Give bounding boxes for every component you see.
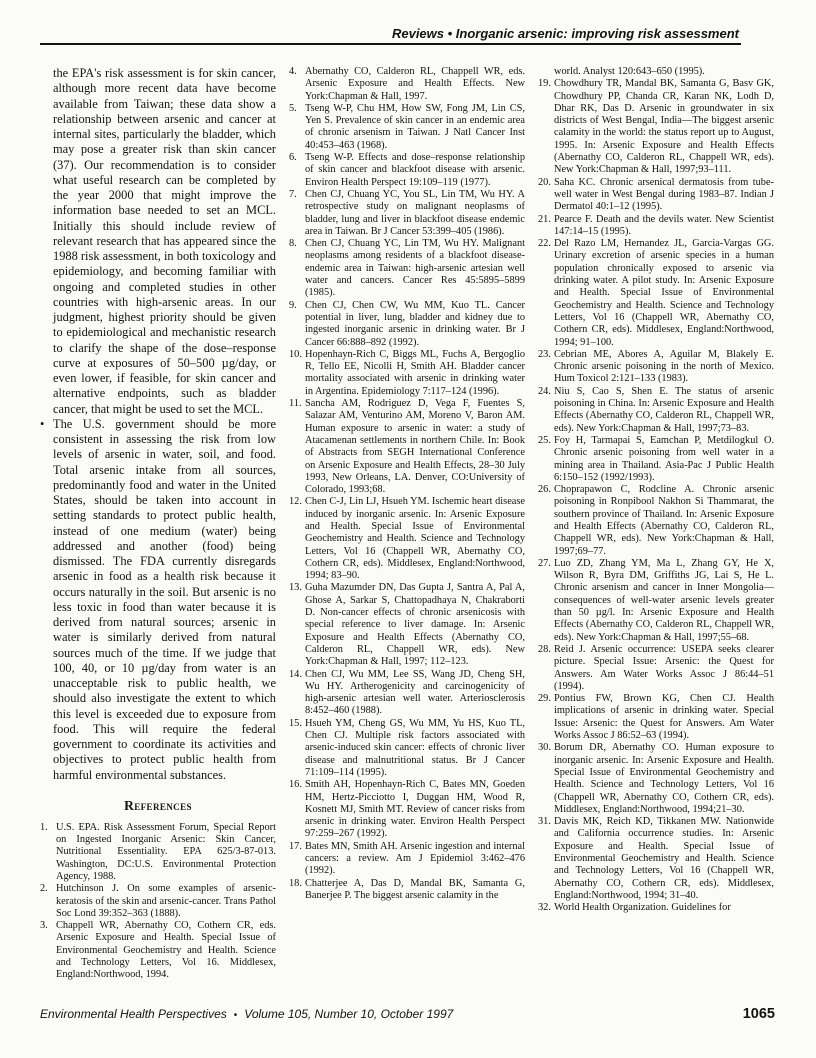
reference-list-col2: 4. Abernathy CO, Calderon RL, Chappell W… bbox=[289, 66, 525, 902]
reference-text: Pontius FW, Brown KG, Chen CJ. Health im… bbox=[554, 693, 774, 742]
reference-text: Hopenhayn-Rich C, Biggs ML, Fuchs A, Ber… bbox=[305, 349, 525, 398]
reference-item: 6. Tseng W-P. Effects and dose–response … bbox=[289, 152, 525, 189]
reference-number: 6. bbox=[289, 152, 305, 189]
reference-text: Chatterjee A, Das D, Mandal BK, Samanta … bbox=[305, 878, 525, 903]
column-right: world. Analyst 120:643–650 (1995). 19. C… bbox=[538, 66, 774, 982]
reference-text: Chen CJ, Chuang YC, You SL, Lin TM, Wu H… bbox=[305, 189, 525, 238]
bullet-item: • The U.S. government should be more con… bbox=[40, 417, 276, 783]
reference-number: 32. bbox=[538, 902, 554, 914]
reference-number: 12. bbox=[289, 496, 305, 582]
reference-item: 22. Del Razo LM, Hernandez JL, Garcia-Va… bbox=[538, 238, 774, 349]
reference-item: 20. Saha KC. Chronic arsenical dermatosi… bbox=[538, 177, 774, 214]
reference-number: 7. bbox=[289, 189, 305, 238]
reference-number: 13. bbox=[289, 582, 305, 668]
reference-item: 19. Chowdhury TR, Mandal BK, Samanta G, … bbox=[538, 78, 774, 176]
reference-item: 8. Chen CJ, Chuang YC, Lin TM, Wu HY. Ma… bbox=[289, 238, 525, 299]
reference-text: Hutchinson J. On some examples of arseni… bbox=[56, 883, 276, 920]
reference-item: 27. Luo ZD, Zhang YM, Ma L, Zhang GY, He… bbox=[538, 558, 774, 644]
reference-list-col1: 1. U.S. EPA. Risk Assessment Forum, Spec… bbox=[40, 822, 276, 982]
reference-continuation: world. Analyst 120:643–650 (1995). bbox=[538, 66, 774, 78]
reference-text: Luo ZD, Zhang YM, Ma L, Zhang GY, He X, … bbox=[554, 558, 774, 644]
reference-number: 29. bbox=[538, 693, 554, 742]
reference-number: 19. bbox=[538, 78, 554, 176]
reference-number: 23. bbox=[538, 349, 554, 386]
paragraph-text: The U.S. government should be more consi… bbox=[53, 417, 276, 783]
reference-number: 28. bbox=[538, 644, 554, 693]
reference-item: 9. Chen CJ, Chen CW, Wu MM, Kuo TL. Canc… bbox=[289, 300, 525, 349]
reference-text: Bates MN, Smith AH. Arsenic ingestion an… bbox=[305, 841, 525, 878]
reference-item: 18. Chatterjee A, Das D, Mandal BK, Sama… bbox=[289, 878, 525, 903]
reference-number: 31. bbox=[538, 816, 554, 902]
column-left: the EPA's risk assessment is for skin ca… bbox=[40, 66, 276, 982]
reference-text: Chen C-J, Lin LJ, Hsueh YM. Ischemic hea… bbox=[305, 496, 525, 582]
reference-item: 12. Chen C-J, Lin LJ, Hsueh YM. Ischemic… bbox=[289, 496, 525, 582]
reference-item: 2. Hutchinson J. On some examples of ars… bbox=[40, 883, 276, 920]
reference-text: Chen CJ, Chuang YC, Lin TM, Wu HY. Malig… bbox=[305, 238, 525, 299]
reference-item: 14. Chen CJ, Wu MM, Lee SS, Wang JD, Che… bbox=[289, 669, 525, 718]
reference-number: 5. bbox=[289, 103, 305, 152]
reference-item: 3. Chappell WR, Abernathy CO, Cothern CR… bbox=[40, 920, 276, 981]
reference-number: 14. bbox=[289, 669, 305, 718]
reference-item: 23. Cebrian ME, Abores A, Aguilar M, Bla… bbox=[538, 349, 774, 386]
reference-item: 15. Hsueh YM, Cheng GS, Wu MM, Yu HS, Ku… bbox=[289, 718, 525, 779]
body-paragraph-continuation: the EPA's risk assessment is for skin ca… bbox=[40, 66, 276, 417]
reference-number: 11. bbox=[289, 398, 305, 496]
reference-number: 22. bbox=[538, 238, 554, 349]
reference-text: Davis MK, Reich KD, Tikkanen MW. Nationw… bbox=[554, 816, 774, 902]
reference-item: 16. Smith AH, Hopenhayn-Rich C, Bates MN… bbox=[289, 779, 525, 840]
reference-item: 24. Niu S, Cao S, Shen E. The status of … bbox=[538, 386, 774, 435]
reference-item: 32. World Health Organization. Guideline… bbox=[538, 902, 774, 914]
reference-text: Chen CJ, Chen CW, Wu MM, Kuo TL. Cancer … bbox=[305, 300, 525, 349]
reference-number: 16. bbox=[289, 779, 305, 840]
reference-text: Reid J. Arsenic occurrence: USEPA seeks … bbox=[554, 644, 774, 693]
reference-item: 4. Abernathy CO, Calderon RL, Chappell W… bbox=[289, 66, 525, 103]
reference-text: Chappell WR, Abernathy CO, Cothern CR, e… bbox=[56, 920, 276, 981]
reference-text: Pearce F. Death and the devils water. Ne… bbox=[554, 214, 774, 239]
reference-number: 15. bbox=[289, 718, 305, 779]
reference-text: Niu S, Cao S, Shen E. The status of arse… bbox=[554, 386, 774, 435]
journal-page: Reviews • Inorganic arsenic: improving r… bbox=[0, 0, 816, 1058]
reference-item: 11. Sancha AM, Rodriguez D, Vega F, Fuen… bbox=[289, 398, 525, 496]
issue-info: Volume 105, Number 10, October 1997 bbox=[244, 1007, 453, 1021]
running-head: Reviews • Inorganic arsenic: improving r… bbox=[40, 26, 741, 45]
page-footer: Environmental Health Perspectives • Volu… bbox=[40, 1006, 775, 1022]
reference-item: 10. Hopenhayn-Rich C, Biggs ML, Fuchs A,… bbox=[289, 349, 525, 398]
reference-item: 25. Foy H, Tarmapai S, Eamchan P, Metdil… bbox=[538, 435, 774, 484]
references-heading: References bbox=[40, 798, 276, 814]
page-number: 1065 bbox=[743, 1006, 775, 1022]
reference-text: Guha Mazumder DN, Das Gupta J, Santra A,… bbox=[305, 582, 525, 668]
reference-number: 25. bbox=[538, 435, 554, 484]
footer-separator-icon: • bbox=[234, 1010, 238, 1021]
running-head-text: Reviews • Inorganic arsenic: improving r… bbox=[392, 26, 739, 41]
reference-text: Tseng W-P. Effects and dose–response rel… bbox=[305, 152, 525, 189]
reference-item: 21. Pearce F. Death and the devils water… bbox=[538, 214, 774, 239]
reference-number: 1. bbox=[40, 822, 56, 883]
reference-number: 8. bbox=[289, 238, 305, 299]
reference-item: 26. Choprapawon C, Rodcline A. Chronic a… bbox=[538, 484, 774, 558]
reference-text: Del Razo LM, Hernandez JL, Garcia-Vargas… bbox=[554, 238, 774, 349]
reference-number: 21. bbox=[538, 214, 554, 239]
reference-text: Hsueh YM, Cheng GS, Wu MM, Yu HS, Kuo TL… bbox=[305, 718, 525, 779]
reference-number: 20. bbox=[538, 177, 554, 214]
reference-item: 1. U.S. EPA. Risk Assessment Forum, Spec… bbox=[40, 822, 276, 883]
reference-text: Choprapawon C, Rodcline A. Chronic arsen… bbox=[554, 484, 774, 558]
reference-number: 26. bbox=[538, 484, 554, 558]
reference-list-col3: 19. Chowdhury TR, Mandal BK, Samanta G, … bbox=[538, 78, 774, 914]
reference-text: Smith AH, Hopenhayn-Rich C, Bates MN, Go… bbox=[305, 779, 525, 840]
reference-item: 31. Davis MK, Reich KD, Tikkanen MW. Nat… bbox=[538, 816, 774, 902]
reference-number: 2. bbox=[40, 883, 56, 920]
reference-text: Cebrian ME, Abores A, Aguilar M, Blakely… bbox=[554, 349, 774, 386]
reference-text: World Health Organization. Guidelines fo… bbox=[554, 902, 774, 914]
reference-number: 3. bbox=[40, 920, 56, 981]
reference-item: 28. Reid J. Arsenic occurrence: USEPA se… bbox=[538, 644, 774, 693]
reference-text: Chowdhury TR, Mandal BK, Samanta G, Basv… bbox=[554, 78, 774, 176]
reference-item: 13. Guha Mazumder DN, Das Gupta J, Santr… bbox=[289, 582, 525, 668]
reference-item: 30. Borum DR, Abernathy CO. Human exposu… bbox=[538, 742, 774, 816]
column-middle: 4. Abernathy CO, Calderon RL, Chappell W… bbox=[289, 66, 525, 982]
reference-item: 17. Bates MN, Smith AH. Arsenic ingestio… bbox=[289, 841, 525, 878]
reference-text: U.S. EPA. Risk Assessment Forum, Special… bbox=[56, 822, 276, 883]
journal-name: Environmental Health Perspectives bbox=[40, 1007, 227, 1021]
reference-number: 30. bbox=[538, 742, 554, 816]
reference-text: Foy H, Tarmapai S, Eamchan P, Metdilogku… bbox=[554, 435, 774, 484]
reference-text: Abernathy CO, Calderon RL, Chappell WR, … bbox=[305, 66, 525, 103]
reference-item: 5. Tseng W-P, Chu HM, How SW, Fong JM, L… bbox=[289, 103, 525, 152]
reference-number: 18. bbox=[289, 878, 305, 903]
reference-item: 7. Chen CJ, Chuang YC, You SL, Lin TM, W… bbox=[289, 189, 525, 238]
content-columns: the EPA's risk assessment is for skin ca… bbox=[40, 66, 775, 982]
reference-text: Borum DR, Abernathy CO. Human exposure t… bbox=[554, 742, 774, 816]
reference-number: 4. bbox=[289, 66, 305, 103]
reference-text: Tseng W-P, Chu HM, How SW, Fong JM, Lin … bbox=[305, 103, 525, 152]
reference-number: 10. bbox=[289, 349, 305, 398]
reference-number: 17. bbox=[289, 841, 305, 878]
bullet-icon: • bbox=[40, 417, 44, 432]
reference-number: 9. bbox=[289, 300, 305, 349]
reference-text: Sancha AM, Rodriguez D, Vega F, Fuentes … bbox=[305, 398, 525, 496]
paragraph-text: the EPA's risk assessment is for skin ca… bbox=[53, 66, 276, 417]
reference-item: 29. Pontius FW, Brown KG, Chen CJ. Healt… bbox=[538, 693, 774, 742]
reference-text: Saha KC. Chronic arsenical dermatosis fr… bbox=[554, 177, 774, 214]
reference-number: 24. bbox=[538, 386, 554, 435]
reference-number: 27. bbox=[538, 558, 554, 644]
reference-text: Chen CJ, Wu MM, Lee SS, Wang JD, Cheng S… bbox=[305, 669, 525, 718]
